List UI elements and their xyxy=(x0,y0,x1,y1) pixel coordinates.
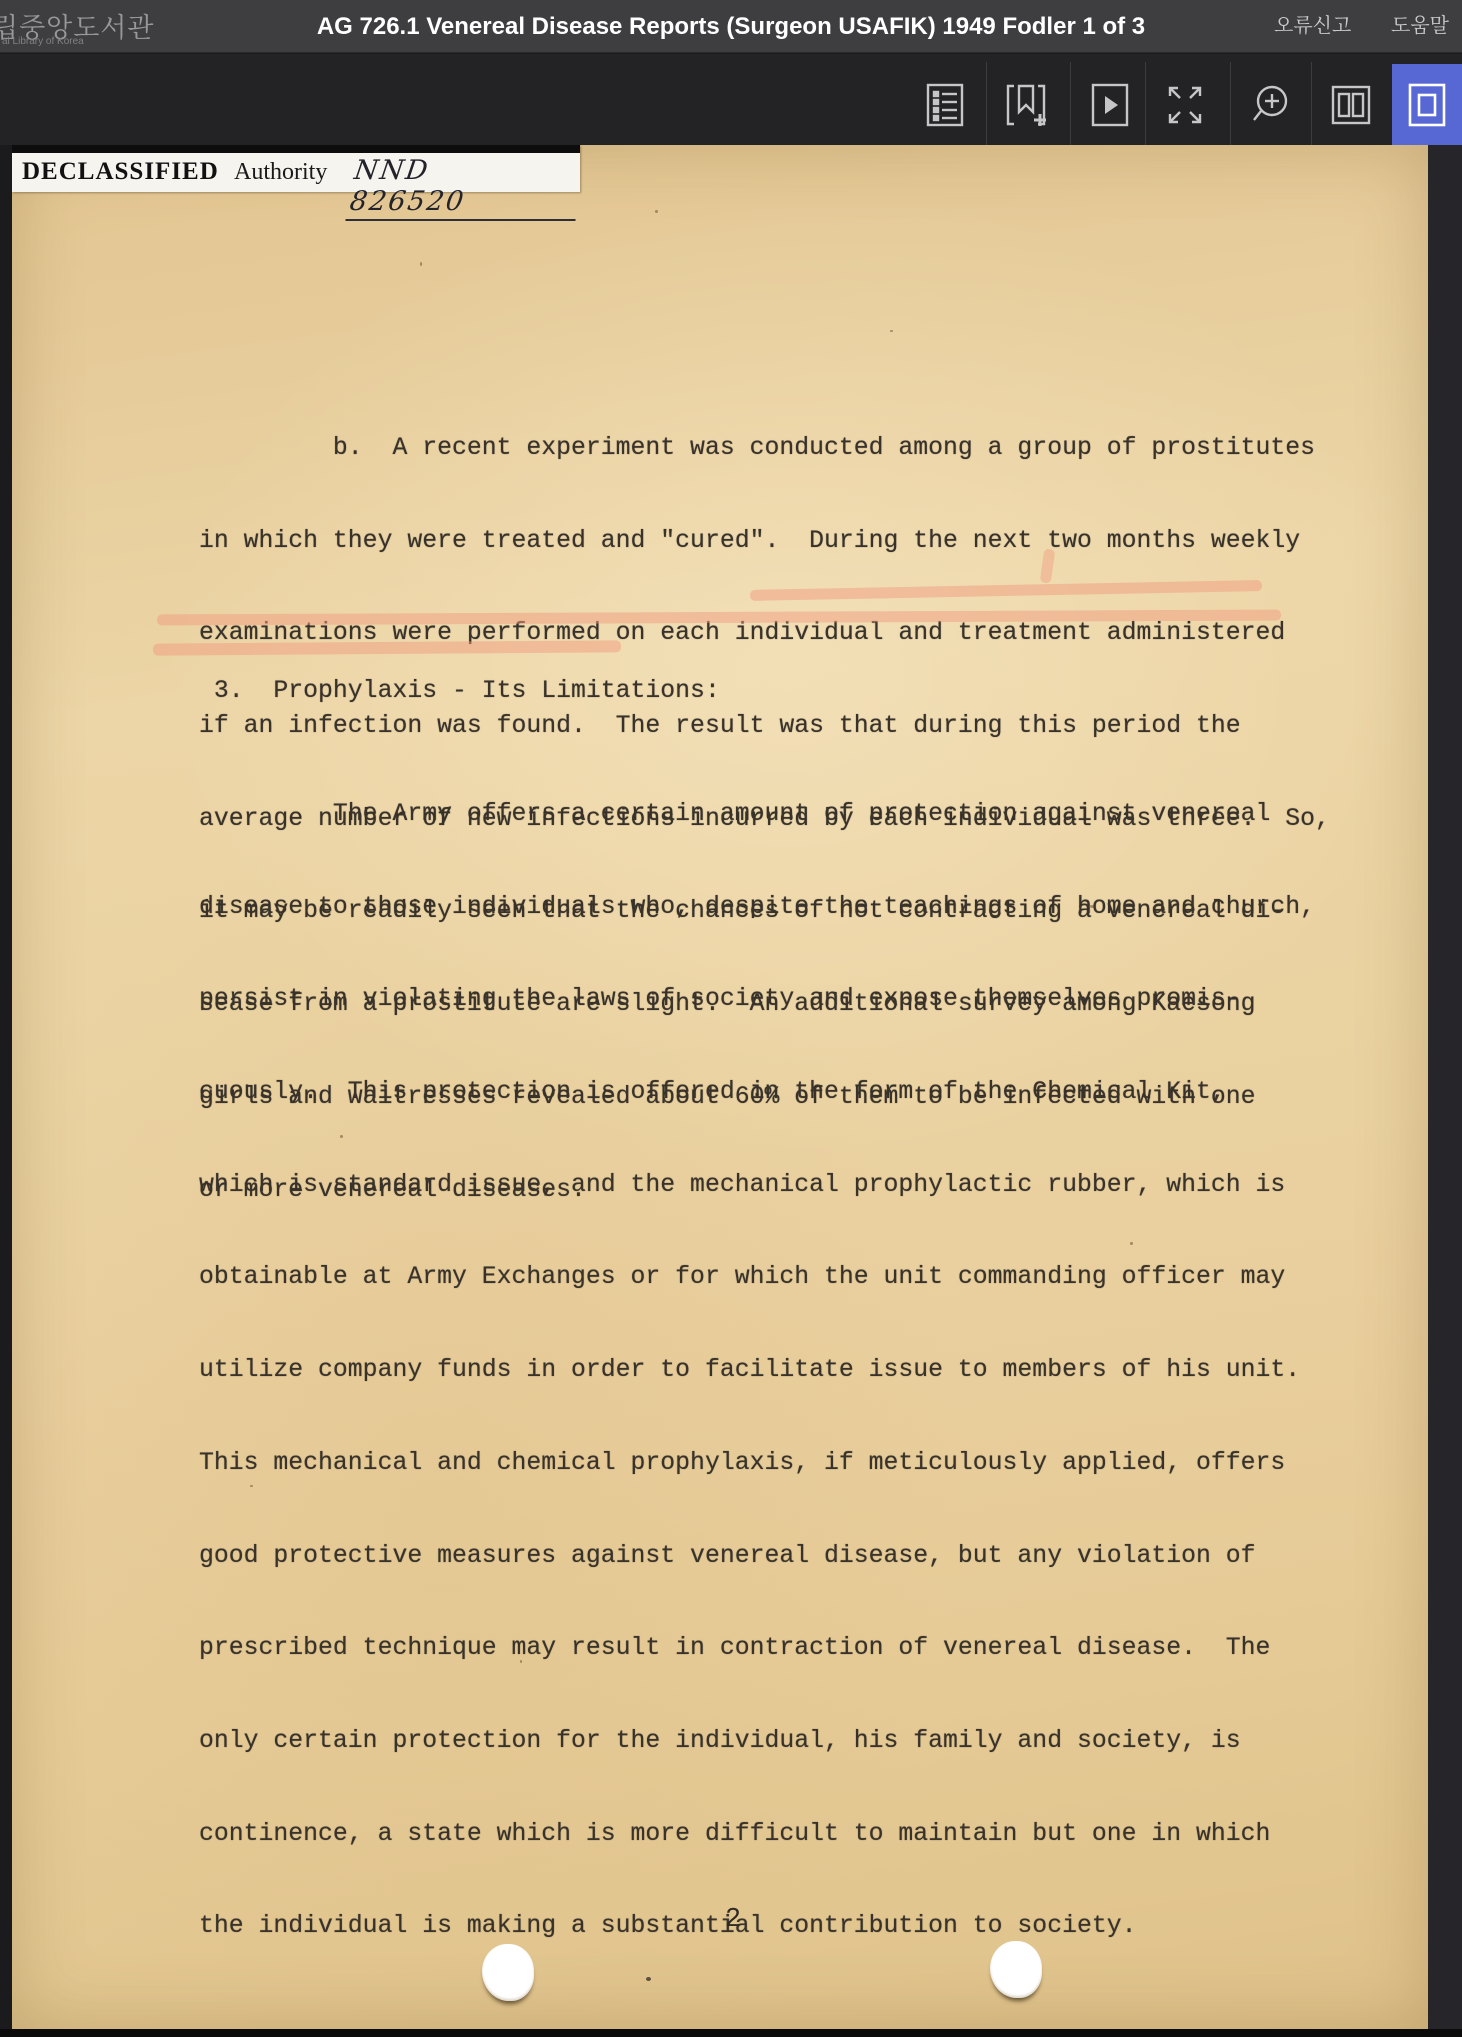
one-page-view-button[interactable] xyxy=(1392,64,1462,145)
typed-line: utilize company funds in order to facili… xyxy=(199,1355,1315,1386)
add-bookmark-icon xyxy=(1004,82,1048,128)
document-title: AG 726.1 Venereal Disease Reports (Surge… xyxy=(0,0,1462,53)
error-report-link[interactable]: 오류신고 xyxy=(1274,0,1351,53)
play-icon xyxy=(1089,82,1131,128)
viewer-background xyxy=(0,145,12,2029)
table-of-contents-button[interactable] xyxy=(905,64,985,145)
fullscreen-button[interactable] xyxy=(1145,64,1225,145)
typed-line: which is standard issue, and the mechani… xyxy=(199,1170,1315,1201)
add-bookmark-button[interactable] xyxy=(986,64,1066,145)
typed-line: disease to those individuals who, despit… xyxy=(199,892,1315,923)
typed-paragraph-2: The Army offers a certain amount of prot… xyxy=(199,737,1315,2004)
two-page-view-button[interactable] xyxy=(1311,64,1391,145)
typed-line: in which they were treated and "cured". … xyxy=(199,526,1330,557)
typed-line: prescribed technique may result in contr… xyxy=(199,1633,1315,1664)
help-link[interactable]: 도움말 xyxy=(1391,0,1449,53)
punch-hole xyxy=(990,1941,1042,1998)
typed-line: b. A recent experiment was conducted amo… xyxy=(199,433,1330,464)
declassified-stamp: DECLASSIFIED Authority NND 826520 xyxy=(12,145,580,192)
page-number: 2 xyxy=(718,1905,748,1935)
zoom-in-icon xyxy=(1248,82,1292,128)
declassified-label: DECLASSIFIED xyxy=(22,158,219,186)
typed-line: obtainable at Army Exchanges or for whic… xyxy=(199,1262,1315,1293)
section-heading: 3. Prophylaxis - Its Limitations: xyxy=(199,676,720,707)
typed-line: the individual is making a substantial c… xyxy=(199,1911,1315,1942)
typed-line: This mechanical and chemical prophylaxis… xyxy=(199,1448,1315,1479)
typed-line: only certain protection for the individu… xyxy=(199,1726,1315,1757)
typed-line: continence, a state which is more diffic… xyxy=(199,1819,1315,1850)
zoom-in-button[interactable] xyxy=(1230,64,1310,145)
viewer-screen: 립중앙도서관 al Library of Korea AG 726.1 Vene… xyxy=(0,0,1462,2037)
authority-number-handwritten: NND 826520 xyxy=(345,155,584,221)
viewer-background xyxy=(1428,145,1462,2029)
one-page-view-icon xyxy=(1406,82,1448,128)
viewer-toolbar xyxy=(0,54,1462,145)
typed-line: cuously. This protection is offered in t… xyxy=(199,1077,1315,1108)
authority-label: Authority xyxy=(234,159,327,186)
two-page-view-icon xyxy=(1329,82,1373,128)
fullscreen-icon xyxy=(1163,82,1207,128)
typed-line: good protective measures against venerea… xyxy=(199,1541,1315,1572)
punch-hole xyxy=(482,1944,534,2001)
table-of-contents-icon xyxy=(924,82,966,128)
typed-line: The Army offers a certain amount of prot… xyxy=(199,799,1315,830)
viewer-background xyxy=(0,2029,1462,2037)
slideshow-play-button[interactable] xyxy=(1070,64,1150,145)
typed-line: persist in violating the laws of society… xyxy=(199,984,1315,1015)
header-bar: 립중앙도서관 al Library of Korea AG 726.1 Vene… xyxy=(0,0,1462,53)
